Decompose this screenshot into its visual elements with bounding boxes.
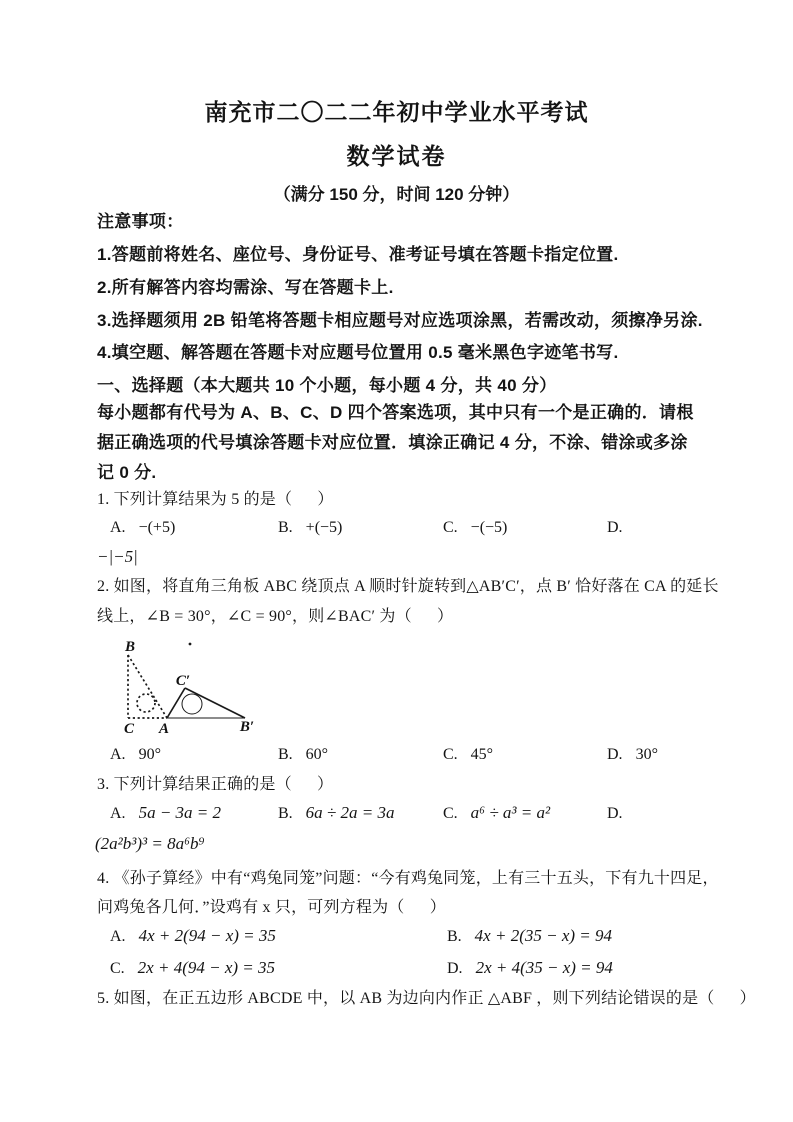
- q1-option-d: D.: [607, 519, 636, 537]
- question-4-text-line1: 4. 《孙子算经》中有“鸡兔同笼”问题：“今有鸡兔同笼，上有三十五头，下有九十四…: [97, 870, 719, 888]
- q1-option-c-label: C.: [443, 519, 458, 536]
- q2-option-d-value: 30°: [636, 746, 658, 763]
- question-2-text-line1: 2. 如图，将直角三角板 ABC 绕顶点 A 顺时针旋转到△AB′C′，点 B′…: [97, 578, 719, 596]
- vertex-label-a: A: [158, 721, 169, 737]
- q2-rotated-triangle-figure: B C A C′ B′: [100, 636, 270, 741]
- q3-option-d-overflow: (2a²b³)³ = 8a⁶b⁹: [95, 834, 204, 854]
- q2-option-c: C.45°: [443, 746, 493, 764]
- notice-item-2: 2.所有解答内容均需涂、写在答题卡上.: [97, 278, 394, 298]
- q3-option-c: C.a⁶ ÷ a³ = a²: [443, 803, 550, 823]
- question-4-options-row2: C.2x + 4(94 − x) = 35 D.2x + 4(35 − x) =…: [0, 958, 793, 984]
- q3-option-d-label: D.: [607, 805, 623, 822]
- q4-option-a-value: 4x + 2(94 − x) = 35: [139, 926, 276, 945]
- q1-option-b-value: +(−5): [306, 519, 343, 536]
- q2-option-a: A.90°: [110, 746, 161, 764]
- question-5-text: 5. 如图，在正五边形 ABCDE 中，以 AB 为边向内作正 △ABF ，则下…: [97, 990, 756, 1008]
- q2-option-d: D.30°: [607, 746, 658, 764]
- q3-option-b: B.6a ÷ 2a = 3a: [278, 803, 394, 823]
- q3-option-b-label: B.: [278, 805, 293, 822]
- q1-option-b: B.+(−5): [278, 519, 342, 537]
- q2-option-c-label: C.: [443, 746, 458, 763]
- section-one-rule-2: 据正确选项的代号填涂答题卡对应位置．填涂正确记 4 分，不涂、错涂或多涂: [97, 433, 688, 453]
- q3-option-d: D.: [607, 803, 636, 823]
- page-title: 南充市二〇二二年初中学业水平考试: [0, 99, 793, 125]
- question-1-options: A.−(+5) B.+(−5) C.−(−5) D.: [0, 519, 793, 545]
- q4-option-c: C.2x + 4(94 − x) = 35: [110, 958, 275, 978]
- q3-option-b-value: 6a ÷ 2a = 3a: [306, 803, 395, 822]
- q1-option-c-value: −(−5): [471, 519, 508, 536]
- vertex-label-c-prime: C′: [176, 673, 190, 689]
- page-subtitle: 数学试卷: [0, 143, 793, 169]
- stray-dot: [189, 643, 192, 646]
- notice-item-4: 4.填空题、解答题在答题卡对应题号位置用 0.5 毫米黑色字迹笔书写.: [97, 343, 618, 363]
- q4-option-a-label: A.: [110, 928, 126, 945]
- q1-option-a-value: −(+5): [139, 519, 176, 536]
- q4-option-d: D.2x + 4(35 − x) = 94: [447, 958, 613, 978]
- section-one-rule-3: 记 0 分.: [97, 463, 156, 483]
- notice-item-3: 3.选择题须用 2B 铅笔将答题卡相应题号对应选项涂黑，若需改动，须擦净另涂.: [97, 311, 703, 331]
- q3-option-c-value: a⁶ ÷ a³ = a²: [471, 803, 550, 822]
- q2-option-b-value: 60°: [306, 746, 328, 763]
- q1-option-a-label: A.: [110, 519, 126, 536]
- q4-option-b-label: B.: [447, 928, 462, 945]
- q3-option-a-label: A.: [110, 805, 126, 822]
- exam-paper-page: 南充市二〇二二年初中学业水平考试 数学试卷 （满分 150 分，时间 120 分…: [0, 0, 793, 1122]
- exam-meta: （满分 150 分，时间 120 分钟）: [0, 185, 793, 205]
- q4-option-c-label: C.: [110, 960, 125, 977]
- q4-option-b-value: 4x + 2(35 − x) = 94: [475, 926, 612, 945]
- vertex-label-c: C: [124, 721, 135, 737]
- q2-option-c-value: 45°: [471, 746, 493, 763]
- vertex-label-b-prime: B′: [239, 719, 254, 735]
- q1-option-b-label: B.: [278, 519, 293, 536]
- q3-option-a-value: 5a − 3a = 2: [139, 803, 221, 822]
- q4-option-b: B.4x + 2(35 − x) = 94: [447, 926, 612, 946]
- q4-option-a: A.4x + 2(94 − x) = 35: [110, 926, 276, 946]
- notice-item-1: 1.答题前将姓名、座位号、身份证号、准考证号填在答题卡指定位置.: [97, 245, 619, 265]
- section-one-heading: 一、选择题（本大题共 10 个小题，每小题 4 分，共 40 分）: [97, 376, 557, 396]
- question-2-text-line2: 线上，∠B = 30°，∠C = 90°，则∠BAC′ 为（ ）: [97, 608, 453, 626]
- question-4-options-row1: A.4x + 2(94 − x) = 35 B.4x + 2(35 − x) =…: [0, 926, 793, 952]
- question-4-text-line2: 问鸡兔各几何．”设鸡有 x 只，可列方程为（ ）: [97, 899, 446, 917]
- q2-option-b-label: B.: [278, 746, 293, 763]
- vertex-label-b: B: [124, 639, 135, 655]
- q2-option-d-label: D.: [607, 746, 623, 763]
- notice-heading: 注意事项：: [97, 212, 184, 232]
- q3-option-a: A.5a − 3a = 2: [110, 803, 221, 823]
- q4-option-d-value: 2x + 4(35 − x) = 94: [476, 958, 613, 977]
- question-1-text: 1. 下列计算结果为 5 的是（ ）: [97, 491, 334, 509]
- section-one-rule-1: 每小题都有代号为 A、B、C、D 四个答案选项，其中只有一个是正确的．请根: [97, 403, 694, 423]
- question-2-options: A.90° B.60° C.45° D.30°: [0, 746, 793, 772]
- question-3-text: 3. 下列计算结果正确的是（ ）: [97, 776, 333, 794]
- q1-option-c: C.−(−5): [443, 519, 507, 537]
- q1-option-d-overflow: −|−5|: [97, 547, 138, 567]
- question-3-options: A.5a − 3a = 2 B.6a ÷ 2a = 3a C.a⁶ ÷ a³ =…: [0, 803, 793, 829]
- q1-option-d-label: D.: [607, 519, 623, 536]
- q3-option-c-label: C.: [443, 805, 458, 822]
- q2-option-b: B.60°: [278, 746, 328, 764]
- q4-option-c-value: 2x + 4(94 − x) = 35: [138, 958, 275, 977]
- q2-option-a-value: 90°: [139, 746, 161, 763]
- q1-option-a: A.−(+5): [110, 519, 175, 537]
- q4-option-d-label: D.: [447, 960, 463, 977]
- q2-option-a-label: A.: [110, 746, 126, 763]
